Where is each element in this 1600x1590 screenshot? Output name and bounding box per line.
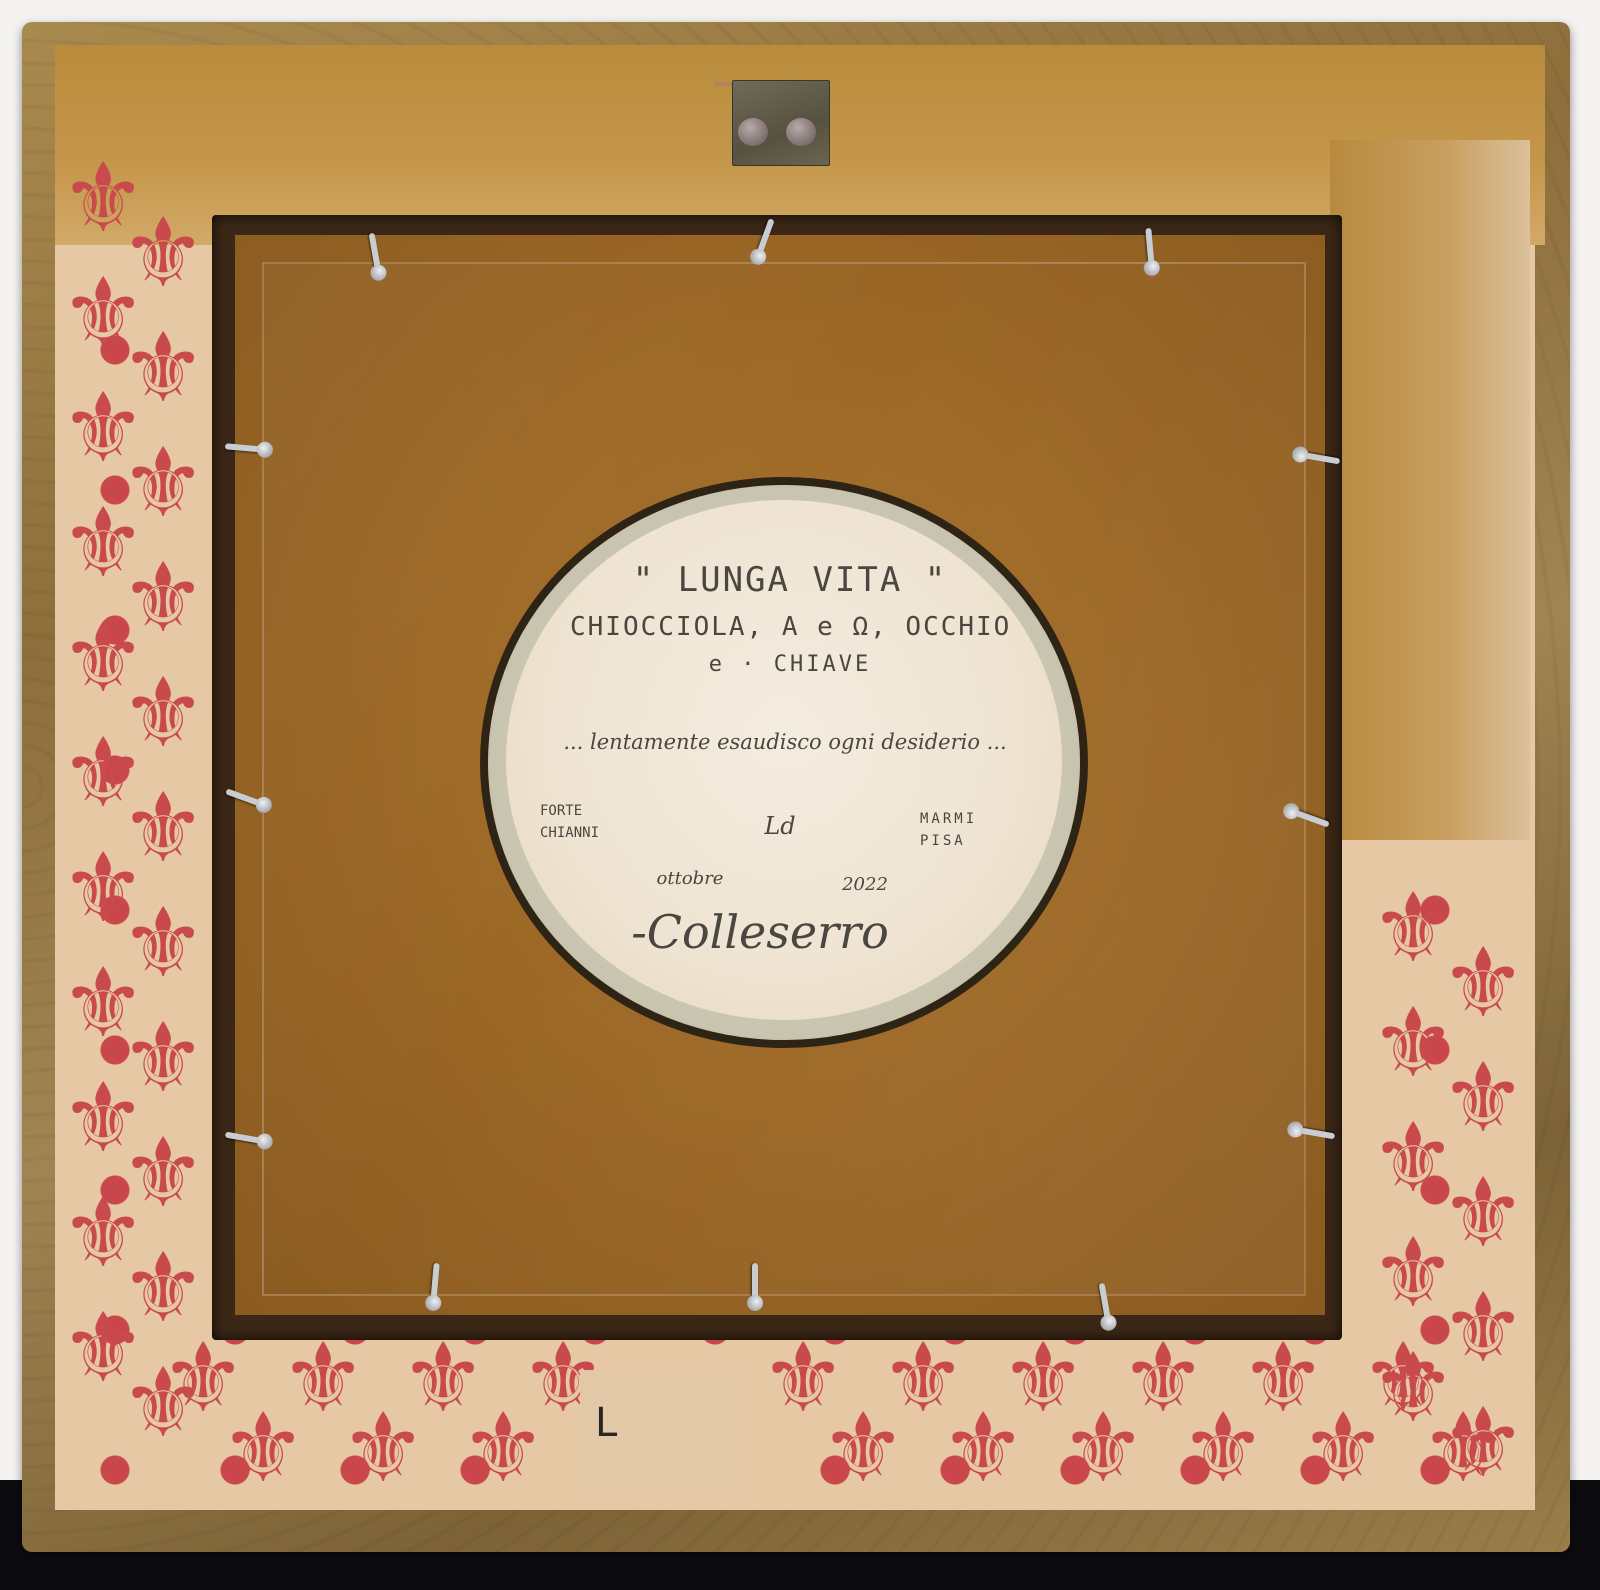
label-subjects-cont: e · CHIAVE	[660, 652, 920, 677]
label-monogram: Ld	[755, 812, 805, 840]
label-subjects: CHIOCCIOLA, A e Ω, OCCHIO	[570, 612, 1010, 642]
label-title: " LUNGA VITA "	[600, 560, 980, 600]
fleur-de-lis-icon: ⚜	[1420, 1400, 1506, 1496]
gilded-right-rail	[1330, 140, 1530, 840]
label-location-left: FORTE CHIANNI	[540, 800, 620, 844]
location-right-line1: MARMI	[920, 808, 990, 830]
label-year: 2022	[830, 874, 900, 895]
location-left-line2: CHIANNI	[540, 822, 620, 844]
label-quote: ... lentamente esaudisco ogni desiderio …	[515, 730, 1055, 754]
rivet-icon	[786, 118, 816, 146]
location-right-line2: PISA	[920, 830, 990, 852]
label-location-right: MARMI PISA	[920, 808, 990, 852]
inventory-letter: L	[595, 1400, 617, 1446]
label-month: ottobre	[640, 868, 740, 889]
nail-icon	[752, 1263, 758, 1303]
rivet-icon	[738, 118, 768, 146]
artist-signature: -Colleserro	[630, 905, 890, 959]
location-left-line1: FORTE	[540, 800, 620, 822]
